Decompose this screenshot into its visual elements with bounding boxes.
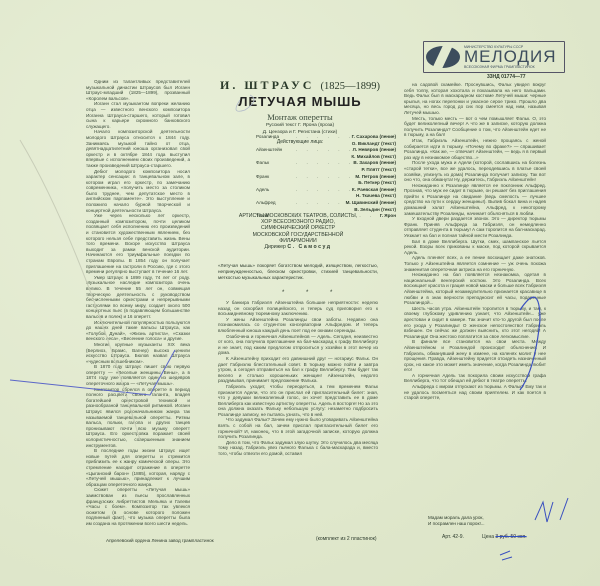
cast-actor: Р. Плятт (текст) xyxy=(361,167,396,174)
cast-role xyxy=(256,167,296,174)
leader-dots xyxy=(296,154,351,161)
melodiya-emblem-icon xyxy=(426,46,460,68)
cast-actor: В. Захаров (пение) xyxy=(353,160,396,167)
paragraph: Многие крупные музыканты XIX века (Берли… xyxy=(86,342,190,364)
paragraph: К Айзенштейну приходит его давнишний дру… xyxy=(218,356,378,384)
cast-actor: Н. Ткачева (текст) xyxy=(356,193,396,200)
composer-years: (1825—1899) xyxy=(320,81,380,92)
paragraph: Исключительной популярностью пользуются … xyxy=(86,320,190,342)
melodiya-logo: МИНИСТЕРСТВО КУЛЬТУРЫ СССР МЕЛОДИЯ ВСЕСО… xyxy=(423,41,565,73)
paragraph: Сюжет оперетты «Летучая мышь» заимствова… xyxy=(86,487,190,526)
cast-actor: Г. Ярон xyxy=(380,213,396,220)
paragraph: Умер Штраус в 1899 году, 74 лет от роду.… xyxy=(86,275,190,320)
paragraph: У банкира Габриэля Айзенштейна большие н… xyxy=(218,300,378,317)
leader-dots xyxy=(296,193,356,200)
paragraph: Габриэль уходит, чтобы переодеться, а те… xyxy=(218,384,378,418)
paragraph: Что задумал Фальк? Зачем ему нужно было … xyxy=(218,417,378,439)
cast-row: Альфред. . . . . . . . . .М. Щавинский (… xyxy=(256,200,396,207)
cast-actor: Л. Невяров (пение) xyxy=(353,147,396,154)
paragraph: В 1870 году Штраус пишет свою первую опе… xyxy=(86,364,190,386)
section-divider-stars: * * * xyxy=(282,290,342,296)
credits-line-1: Русский текст Г. Ярона (проза) xyxy=(200,123,400,129)
cast-role xyxy=(256,193,296,200)
paragraph: После ухода мужа и Адели (которой, сосла… xyxy=(404,160,546,182)
operetta-title: ЛЕТУЧАЯ МЫШЬ xyxy=(200,94,400,109)
paragraph: Адель пленяет всех, а ее пение восхищает… xyxy=(404,255,546,272)
paragraph: Композитор обрел­ся в оперетте в период … xyxy=(86,387,190,449)
leader-dots: . . . . . . . . . . xyxy=(296,187,352,194)
middle-column-text: У банкира Габриэля Айзенштейна большие н… xyxy=(218,300,378,457)
quote: «Летучая мышь» покоряет богатством мелод… xyxy=(218,263,378,280)
cast-row: Н. Ткачева (текст) xyxy=(256,193,396,200)
cast-actor: Г. Сахарова (пение) xyxy=(352,134,396,141)
paragraph: Шесть часов утра. Айзенштейн торопится в… xyxy=(404,306,546,340)
leader-dots: . . . . . . . . . . xyxy=(296,134,352,141)
paragraph: Неожиданно на бал появляется незнакомка,… xyxy=(404,272,546,306)
price: Цена 3 руб. 50 коп. xyxy=(482,534,527,540)
cast-actor: Б. Петкер (текст) xyxy=(358,180,396,187)
paragraph: У входной двери раздается звонок. Это — … xyxy=(404,216,546,238)
leader-dots: . . . . . . . . . . xyxy=(296,174,355,181)
cast-row: Фальк. . . . . . . . . .В. Захаров (пени… xyxy=(256,160,396,167)
cast-row: Адель. . . . . . . . . .К. Раевская (пен… xyxy=(256,187,396,194)
paragraph: Начало композиторской деятельности молод… xyxy=(86,129,190,168)
leader-dots: . . . . . . . . . . xyxy=(296,200,346,207)
paragraph: Уже через несколько лет оркестр, созданн… xyxy=(86,213,190,275)
cast-role: Фальк xyxy=(256,160,296,167)
leader-dots: . . . . . . . . . . xyxy=(296,160,353,167)
cast-actor: О. Викландт (текст) xyxy=(352,141,396,148)
cast-row: Розалинда. . . . . . . . . .Г. Сахарова … xyxy=(256,134,396,141)
cast-row: Айзенштейн. . . . . . . . . .Л. Невяров … xyxy=(256,147,396,154)
paragraph: Неожиданно к Розалинде является ее покло… xyxy=(404,183,546,217)
cast-row: Р. Плятт (текст) xyxy=(256,167,396,174)
paragraph: Дебют молодого композитора носил характе… xyxy=(86,169,190,214)
paragraph: В последние годы жизни Штраус ищет новые… xyxy=(86,448,190,487)
logo-name: МЕЛОДИЯ xyxy=(464,49,557,65)
cast-role: Адель xyxy=(256,187,296,194)
performers: Артисты московских театров, солисты, хор… xyxy=(218,213,378,250)
paragraph: Иоганн стал музыкантом вопреки желанию о… xyxy=(86,101,190,129)
cast-role: Альфред xyxy=(256,200,296,207)
price-struck: 3 руб. 50 коп. xyxy=(495,534,526,540)
paragraph: Озабочена и горничная Айзенштейнов — Аде… xyxy=(218,334,378,356)
cast-row: К. Михайлов (текст) xyxy=(256,154,396,161)
cast-role: Франк xyxy=(256,174,296,181)
factory-imprint: Апрелевский ордена Ленина завод грамплас… xyxy=(106,538,214,543)
paragraph: В финале все становится на свои места. М… xyxy=(404,339,546,373)
cast-role xyxy=(256,154,296,161)
paragraph: Итак, Габриэль Айзенштейн, нежно прощаяс… xyxy=(404,138,546,160)
cast-actor: К. Михайлов (текст) xyxy=(351,154,396,161)
leader-dots: . . . . . . . . . . xyxy=(296,147,353,154)
paragraph: Дело в том, что Фальк задумал злую шутку… xyxy=(218,440,378,457)
cast-actor: М. Щавинский (пение) xyxy=(346,200,396,207)
paragraph: У жены Айзенштейна Розалинды свои заботы… xyxy=(218,317,378,334)
complete-set-note: (комплект из 2 пластинок) xyxy=(316,536,376,542)
paragraph: на садовой скамейке. Проснувшись, Фальк … xyxy=(404,82,546,116)
article-number: Арт. 42-9. xyxy=(442,534,464,540)
left-column-text: Одним из талантливых представителей музы… xyxy=(86,79,190,527)
cast-list: Розалинда. . . . . . . . . .Г. Сахарова … xyxy=(256,134,396,220)
cast-actor: М. Петров (пение) xyxy=(355,174,396,181)
cast-row: Франк. . . . . . . . . .М. Петров (пение… xyxy=(256,174,396,181)
composer: И. ШТРАУС (1825—1899) xyxy=(200,78,400,93)
verse-line: И посрамлен наш порок!... xyxy=(428,521,485,527)
cast-actor: К. Раевская (пение) xyxy=(352,187,396,194)
closing-verse: Мадам мораль дала урок, И посрамлен наш … xyxy=(428,515,485,527)
cast-role: Айзенштейн xyxy=(256,147,296,154)
paragraph: Альфреда с миром отпускают из тюрьмы. А … xyxy=(404,384,546,401)
cast-row: Б. Петкер (текст) xyxy=(256,180,396,187)
right-column-text: на садовой скамейке. Проснувшись, Фальк … xyxy=(404,82,546,401)
leader-dots xyxy=(296,141,352,148)
subtitle: Монтаж оперетты xyxy=(200,112,400,122)
paragraph: Месть, только месть — вот о чем помышляе… xyxy=(404,116,546,138)
conductor: Дирижер С. Самосуд xyxy=(218,244,378,250)
cast-role: Розалинда xyxy=(256,134,296,141)
cast-role xyxy=(256,180,296,187)
paragraph: Бал в доме Веллиберга. Шутки, смех, шамп… xyxy=(404,239,546,256)
paragraph: Одним из талантливых представителей музы… xyxy=(86,79,190,101)
catalog-number: 33НД 01774—77 xyxy=(487,74,526,80)
leader-dots xyxy=(296,180,358,187)
leader-dots xyxy=(296,167,361,174)
paragraph: А горничная Адель так покорила своим иск… xyxy=(404,373,546,384)
